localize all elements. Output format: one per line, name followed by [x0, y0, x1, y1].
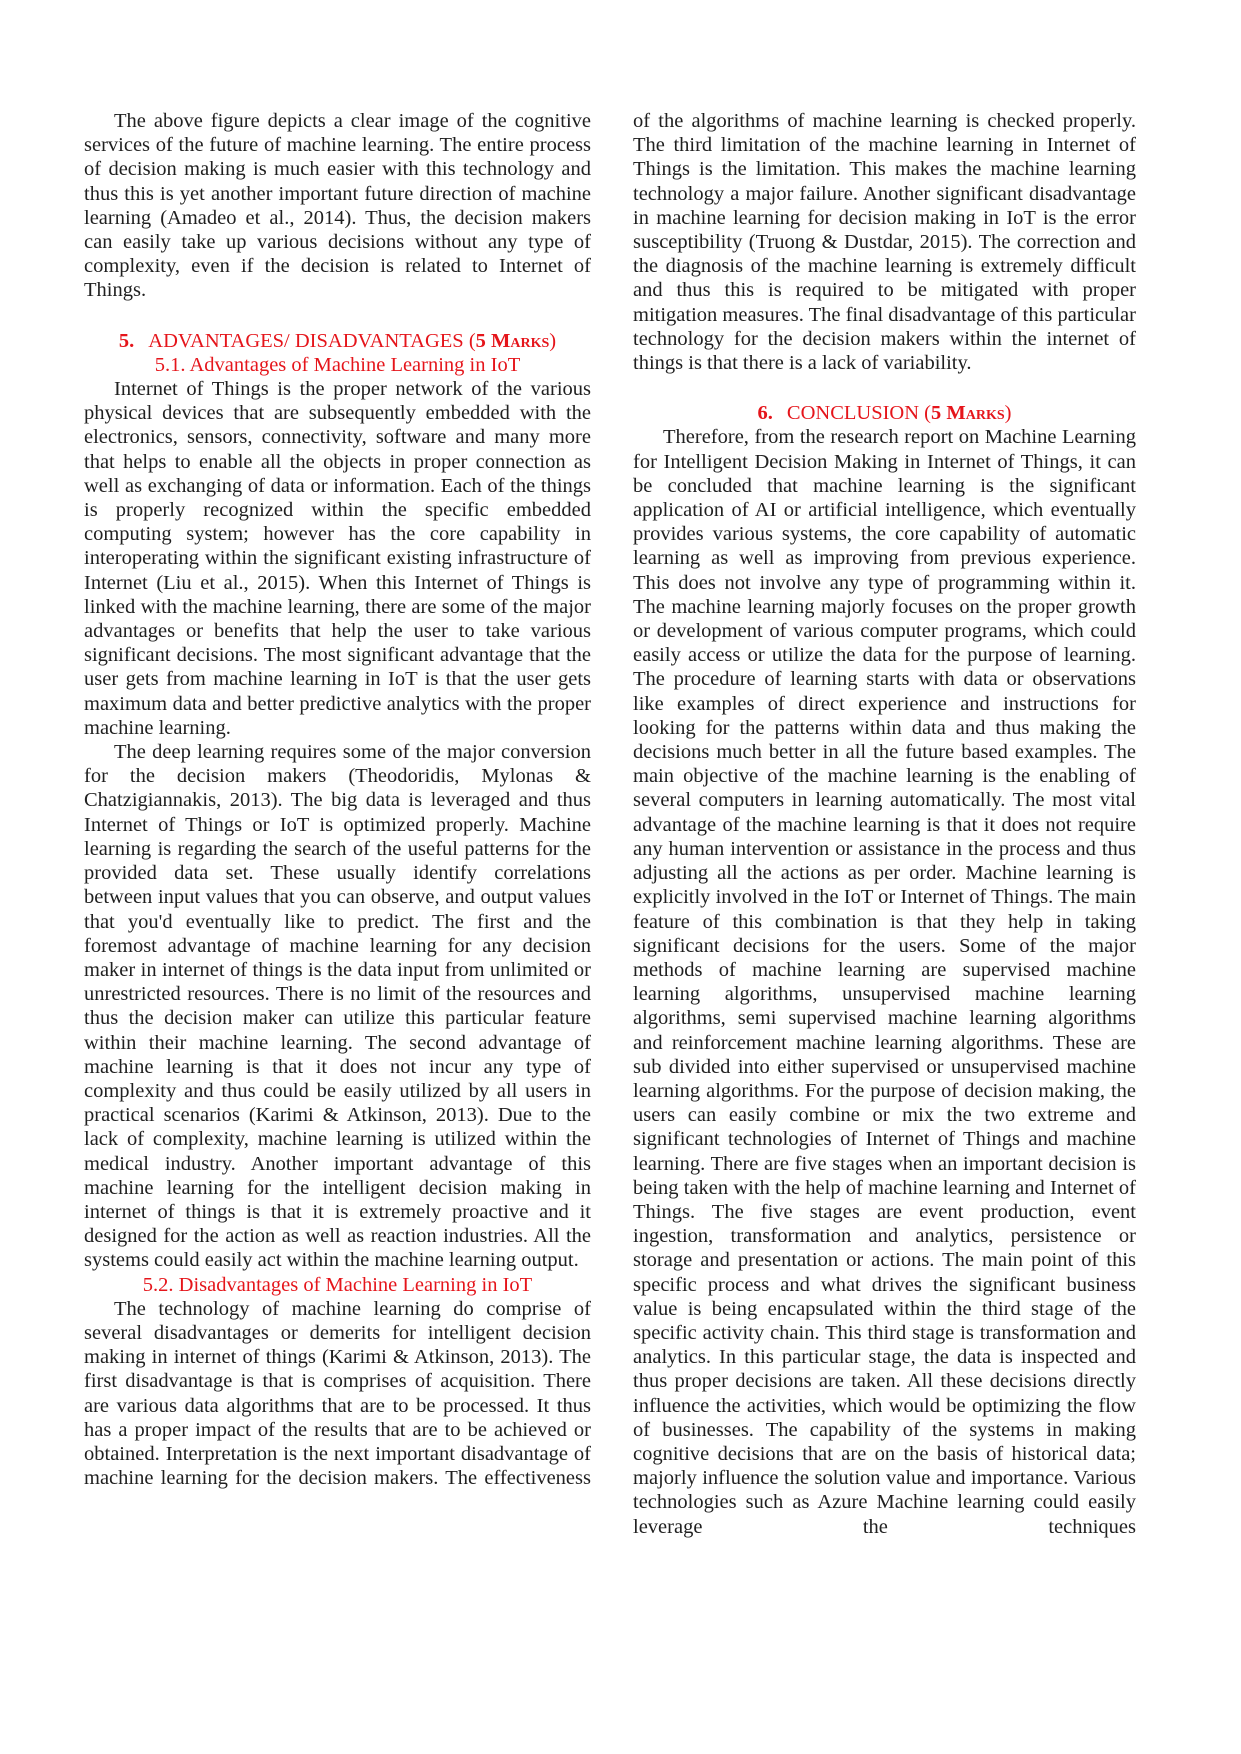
- paragraph: Therefore, from the research report on M…: [633, 425, 1136, 1538]
- paragraph: The technology of machine learning do co…: [84, 1297, 591, 1491]
- paragraph: Internet of Things is the proper network…: [84, 377, 591, 740]
- subsection-heading-advantages: 5.1. Advantages of Machine Learning in I…: [84, 353, 591, 377]
- paragraph: The deep learning requires some of the m…: [84, 740, 591, 1272]
- section-heading-advantages-disadvantages: 5.ADVANTAGES/ DISADVANTAGES (5 Marks): [84, 329, 591, 353]
- subsection-heading-disadvantages: 5.2. Disadvantages of Machine Learning i…: [84, 1273, 591, 1297]
- left-column: The above figure depicts a clear image o…: [84, 109, 591, 1490]
- section-heading-conclusion: 6.CONCLUSION (5 Marks): [633, 401, 1136, 425]
- paragraph: of the algorithms of machine learning is…: [633, 109, 1136, 375]
- document-page: The above figure depicts a clear image o…: [0, 0, 1241, 1754]
- marks-label: 5 Marks: [476, 330, 550, 352]
- marks-label: 5 Marks: [931, 402, 1005, 424]
- close-paren: ): [549, 330, 556, 352]
- right-column: of the algorithms of machine learning is…: [633, 109, 1136, 1539]
- section-number: 6.: [758, 402, 773, 424]
- close-paren: ): [1005, 402, 1012, 424]
- paragraph: The above figure depicts a clear image o…: [84, 109, 591, 303]
- section-title: CONCLUSION (: [787, 402, 931, 424]
- section-number: 5.: [119, 330, 134, 352]
- section-title: ADVANTAGES/ DISADVANTAGES (: [148, 330, 475, 352]
